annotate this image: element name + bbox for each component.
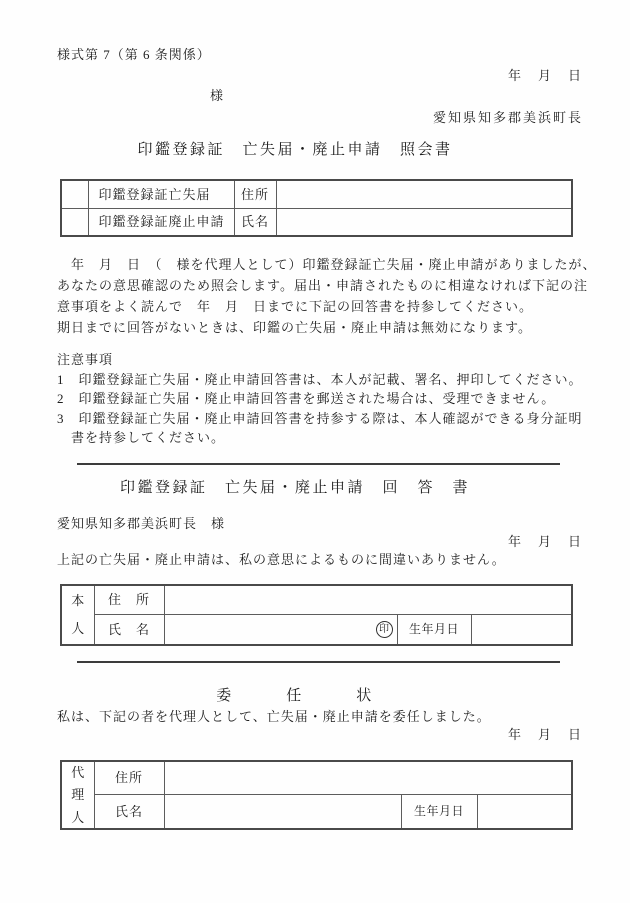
reply-date-line: 年 月 日 bbox=[0, 533, 630, 551]
notes-title: 注意事項 bbox=[57, 350, 590, 370]
inquiry-type-table: 印鑑登録証亡失届 住所 印鑑登録証廃止申請 氏名 bbox=[60, 179, 573, 237]
addressee-suffix: 様 bbox=[0, 87, 630, 105]
notes-section: 注意事項 1 印鑑登録証亡失届・廃止申請回答書は、本人が記載、署名、押印してくだ… bbox=[57, 350, 590, 448]
name-label: 氏名 bbox=[94, 795, 164, 829]
form-number: 様式第 7（第 6 条関係） bbox=[0, 0, 630, 64]
name-value-cell[interactable]: 印 bbox=[164, 615, 397, 645]
address-label: 住所 bbox=[234, 180, 276, 208]
header-date-line: 年 月 日 bbox=[0, 67, 630, 85]
table-row: 氏名 生年月日 bbox=[61, 795, 572, 829]
table-row: 代 理 人 住所 bbox=[61, 761, 572, 795]
body-line: 年 月 日 （ 様を代理人として）印鑑登録証亡失届・廃止申請がありましたが、 bbox=[57, 254, 590, 275]
birthdate-value-cell[interactable] bbox=[471, 615, 572, 645]
group-char: 理 bbox=[71, 788, 84, 801]
proxy-title: 委 任 状 bbox=[0, 686, 630, 706]
mayor-title: 愛知県知多郡美浜町長 bbox=[0, 109, 630, 127]
group-char: 代 bbox=[71, 766, 84, 779]
table-row: 印鑑登録証亡失届 住所 bbox=[61, 180, 572, 208]
table-row: 氏 名 印 生年月日 bbox=[61, 615, 572, 645]
group-char: 本 bbox=[71, 594, 84, 607]
form-document: 様式第 7（第 6 条関係） 年 月 日 様 愛知県知多郡美浜町長 印鑑登録証 … bbox=[0, 0, 630, 903]
group-char: 人 bbox=[71, 811, 84, 824]
address-value-cell[interactable] bbox=[164, 761, 572, 795]
address-label: 住所 bbox=[94, 761, 164, 795]
applicant-group-label: 本 人 bbox=[61, 585, 94, 645]
reply-statement: 上記の亡失届・廃止申請は、私の意思によるものに間違いありません。 bbox=[0, 551, 630, 569]
body-line: 期日までに回答がないときは、印鑑の亡失届・廃止申請は無効になります。 bbox=[57, 317, 590, 338]
address-value-cell[interactable] bbox=[276, 180, 572, 208]
inquiry-title: 印鑑登録証 亡失届・廃止申請 照会書 bbox=[0, 140, 630, 160]
address-value-cell[interactable] bbox=[164, 585, 572, 615]
table-row: 印鑑登録証廃止申請 氏名 bbox=[61, 208, 572, 236]
body-line: あなたの意思確認のため照会します。届出・申請されたものに相違なければ下記の注 bbox=[57, 275, 590, 296]
birthdate-label: 生年月日 bbox=[401, 795, 477, 829]
proxy-statement: 私は、下記の者を代理人として、亡失届・廃止申請を委任しました。 bbox=[0, 708, 630, 726]
note-item: 1 印鑑登録証亡失届・廃止申請回答書は、本人が記載、署名、押印してください。 bbox=[57, 370, 590, 390]
seal-mark: 印 bbox=[376, 621, 393, 638]
name-label: 氏名 bbox=[234, 208, 276, 236]
birthdate-label: 生年月日 bbox=[397, 615, 471, 645]
table-row: 本 人 住 所 bbox=[61, 585, 572, 615]
note-item: 2 印鑑登録証亡失届・廃止申請回答書を郵送された場合は、受理できません。 bbox=[57, 389, 590, 409]
vertical-label: 代 理 人 bbox=[62, 764, 94, 826]
group-char: 人 bbox=[71, 622, 84, 635]
inquiry-body: 年 月 日 （ 様を代理人として）印鑑登録証亡失届・廃止申請がありましたが、 あ… bbox=[57, 254, 590, 338]
name-value-cell[interactable] bbox=[276, 208, 572, 236]
reply-title: 印鑑登録証 亡失届・廃止申請 回 答 書 bbox=[0, 478, 630, 498]
option-label-cancel-application: 印鑑登録証廃止申請 bbox=[88, 208, 234, 236]
note-item: 3 印鑑登録証亡失届・廃止申請回答書を持参する際は、本人確認ができる身分証明 bbox=[57, 409, 590, 429]
address-label: 住 所 bbox=[94, 585, 164, 615]
proxy-table: 代 理 人 住所 氏名 生年月日 bbox=[60, 760, 573, 830]
note-item: 書を持参してください。 bbox=[57, 428, 590, 448]
birthdate-value-cell[interactable] bbox=[477, 795, 572, 829]
check-cell-cancel-application[interactable] bbox=[61, 208, 88, 236]
proxy-group-label: 代 理 人 bbox=[61, 761, 94, 829]
option-label-lost-report: 印鑑登録証亡失届 bbox=[88, 180, 234, 208]
name-value-cell[interactable] bbox=[164, 795, 401, 829]
body-line: 意事項をよく読んで 年 月 日までに下記の回答書を持参してください。 bbox=[57, 296, 590, 317]
proxy-date-line: 年 月 日 bbox=[0, 726, 630, 744]
section-divider bbox=[77, 661, 560, 663]
section-divider bbox=[77, 463, 560, 465]
name-label: 氏 名 bbox=[94, 615, 164, 645]
check-cell-lost-report[interactable] bbox=[61, 180, 88, 208]
applicant-table: 本 人 住 所 氏 名 印 生年月日 bbox=[60, 584, 573, 646]
reply-addressee: 愛知県知多郡美浜町長 様 bbox=[0, 515, 630, 533]
vertical-label: 本 人 bbox=[62, 587, 94, 643]
